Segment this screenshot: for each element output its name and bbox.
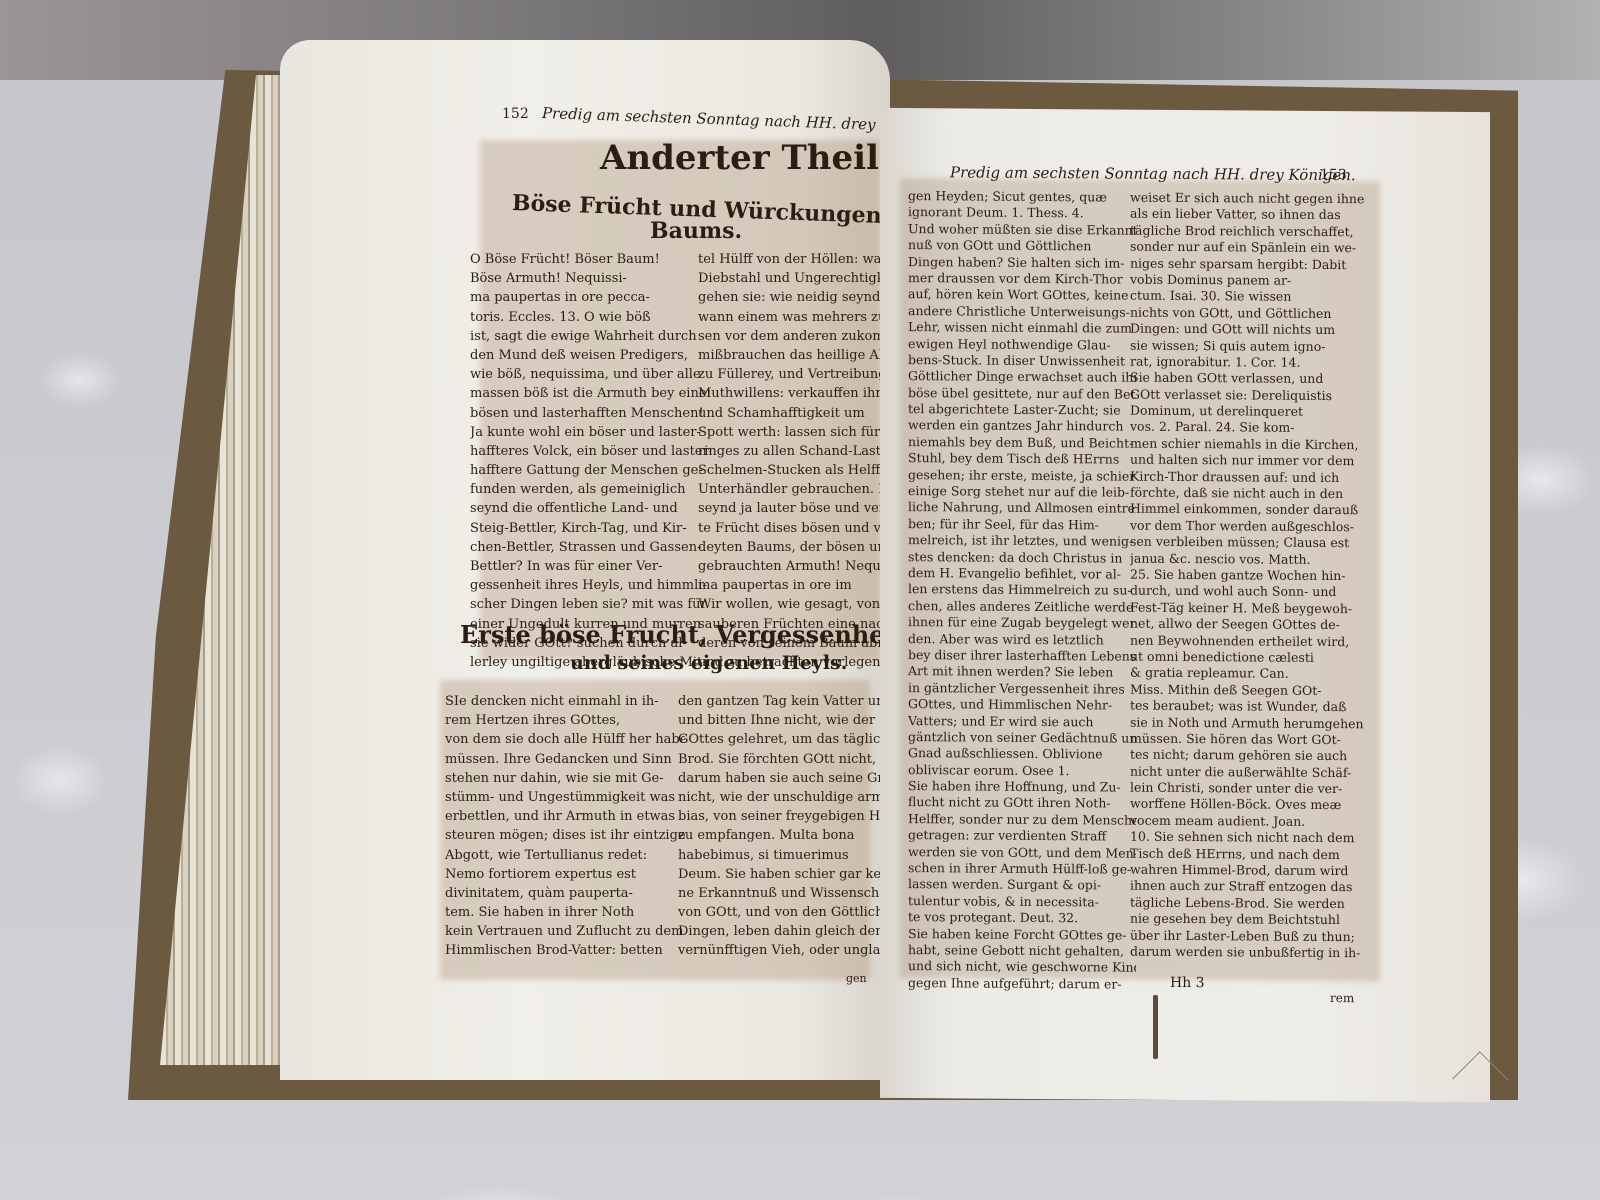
catchword: gen — [846, 972, 867, 985]
text-column-right-b: den gantzen Tag kein Vatter unser,und bi… — [678, 692, 883, 961]
page-number: 152 — [502, 106, 529, 122]
section-title: Anderter Theil. — [600, 138, 891, 178]
text-column-left: gen Heyden; Sicut gentes, quæignorant De… — [908, 188, 1136, 993]
ink-mark — [1153, 995, 1158, 1059]
section2-title-cont: und seines eigenen Heyls. — [570, 652, 847, 674]
section-subtitle-cont: Baums. — [650, 218, 742, 244]
text-column-right-a: tel Hülff von der Höllen: wasDiebstahl u… — [698, 250, 883, 672]
left-page: 152 Predig am sechsten Sonntag nach HH. … — [280, 40, 890, 1080]
page-number: 153 — [1320, 167, 1347, 183]
catchword: rem — [1330, 991, 1354, 1005]
running-head: Predig am sechsten Sonntag nach HH. drey… — [950, 163, 1356, 184]
signature-mark: Hh 3 — [1170, 975, 1205, 991]
right-page: Predig am sechsten Sonntag nach HH. drey… — [880, 108, 1490, 1102]
text-column-right: weiset Er sich auch nicht gegen ihnenals… — [1130, 190, 1365, 962]
text-column-left-a: O Böse Frücht! Böser Baum! Böse Armuth! … — [470, 250, 710, 672]
text-column-left-b: SIe dencken nicht einmahl in ih- rem Her… — [445, 692, 685, 961]
